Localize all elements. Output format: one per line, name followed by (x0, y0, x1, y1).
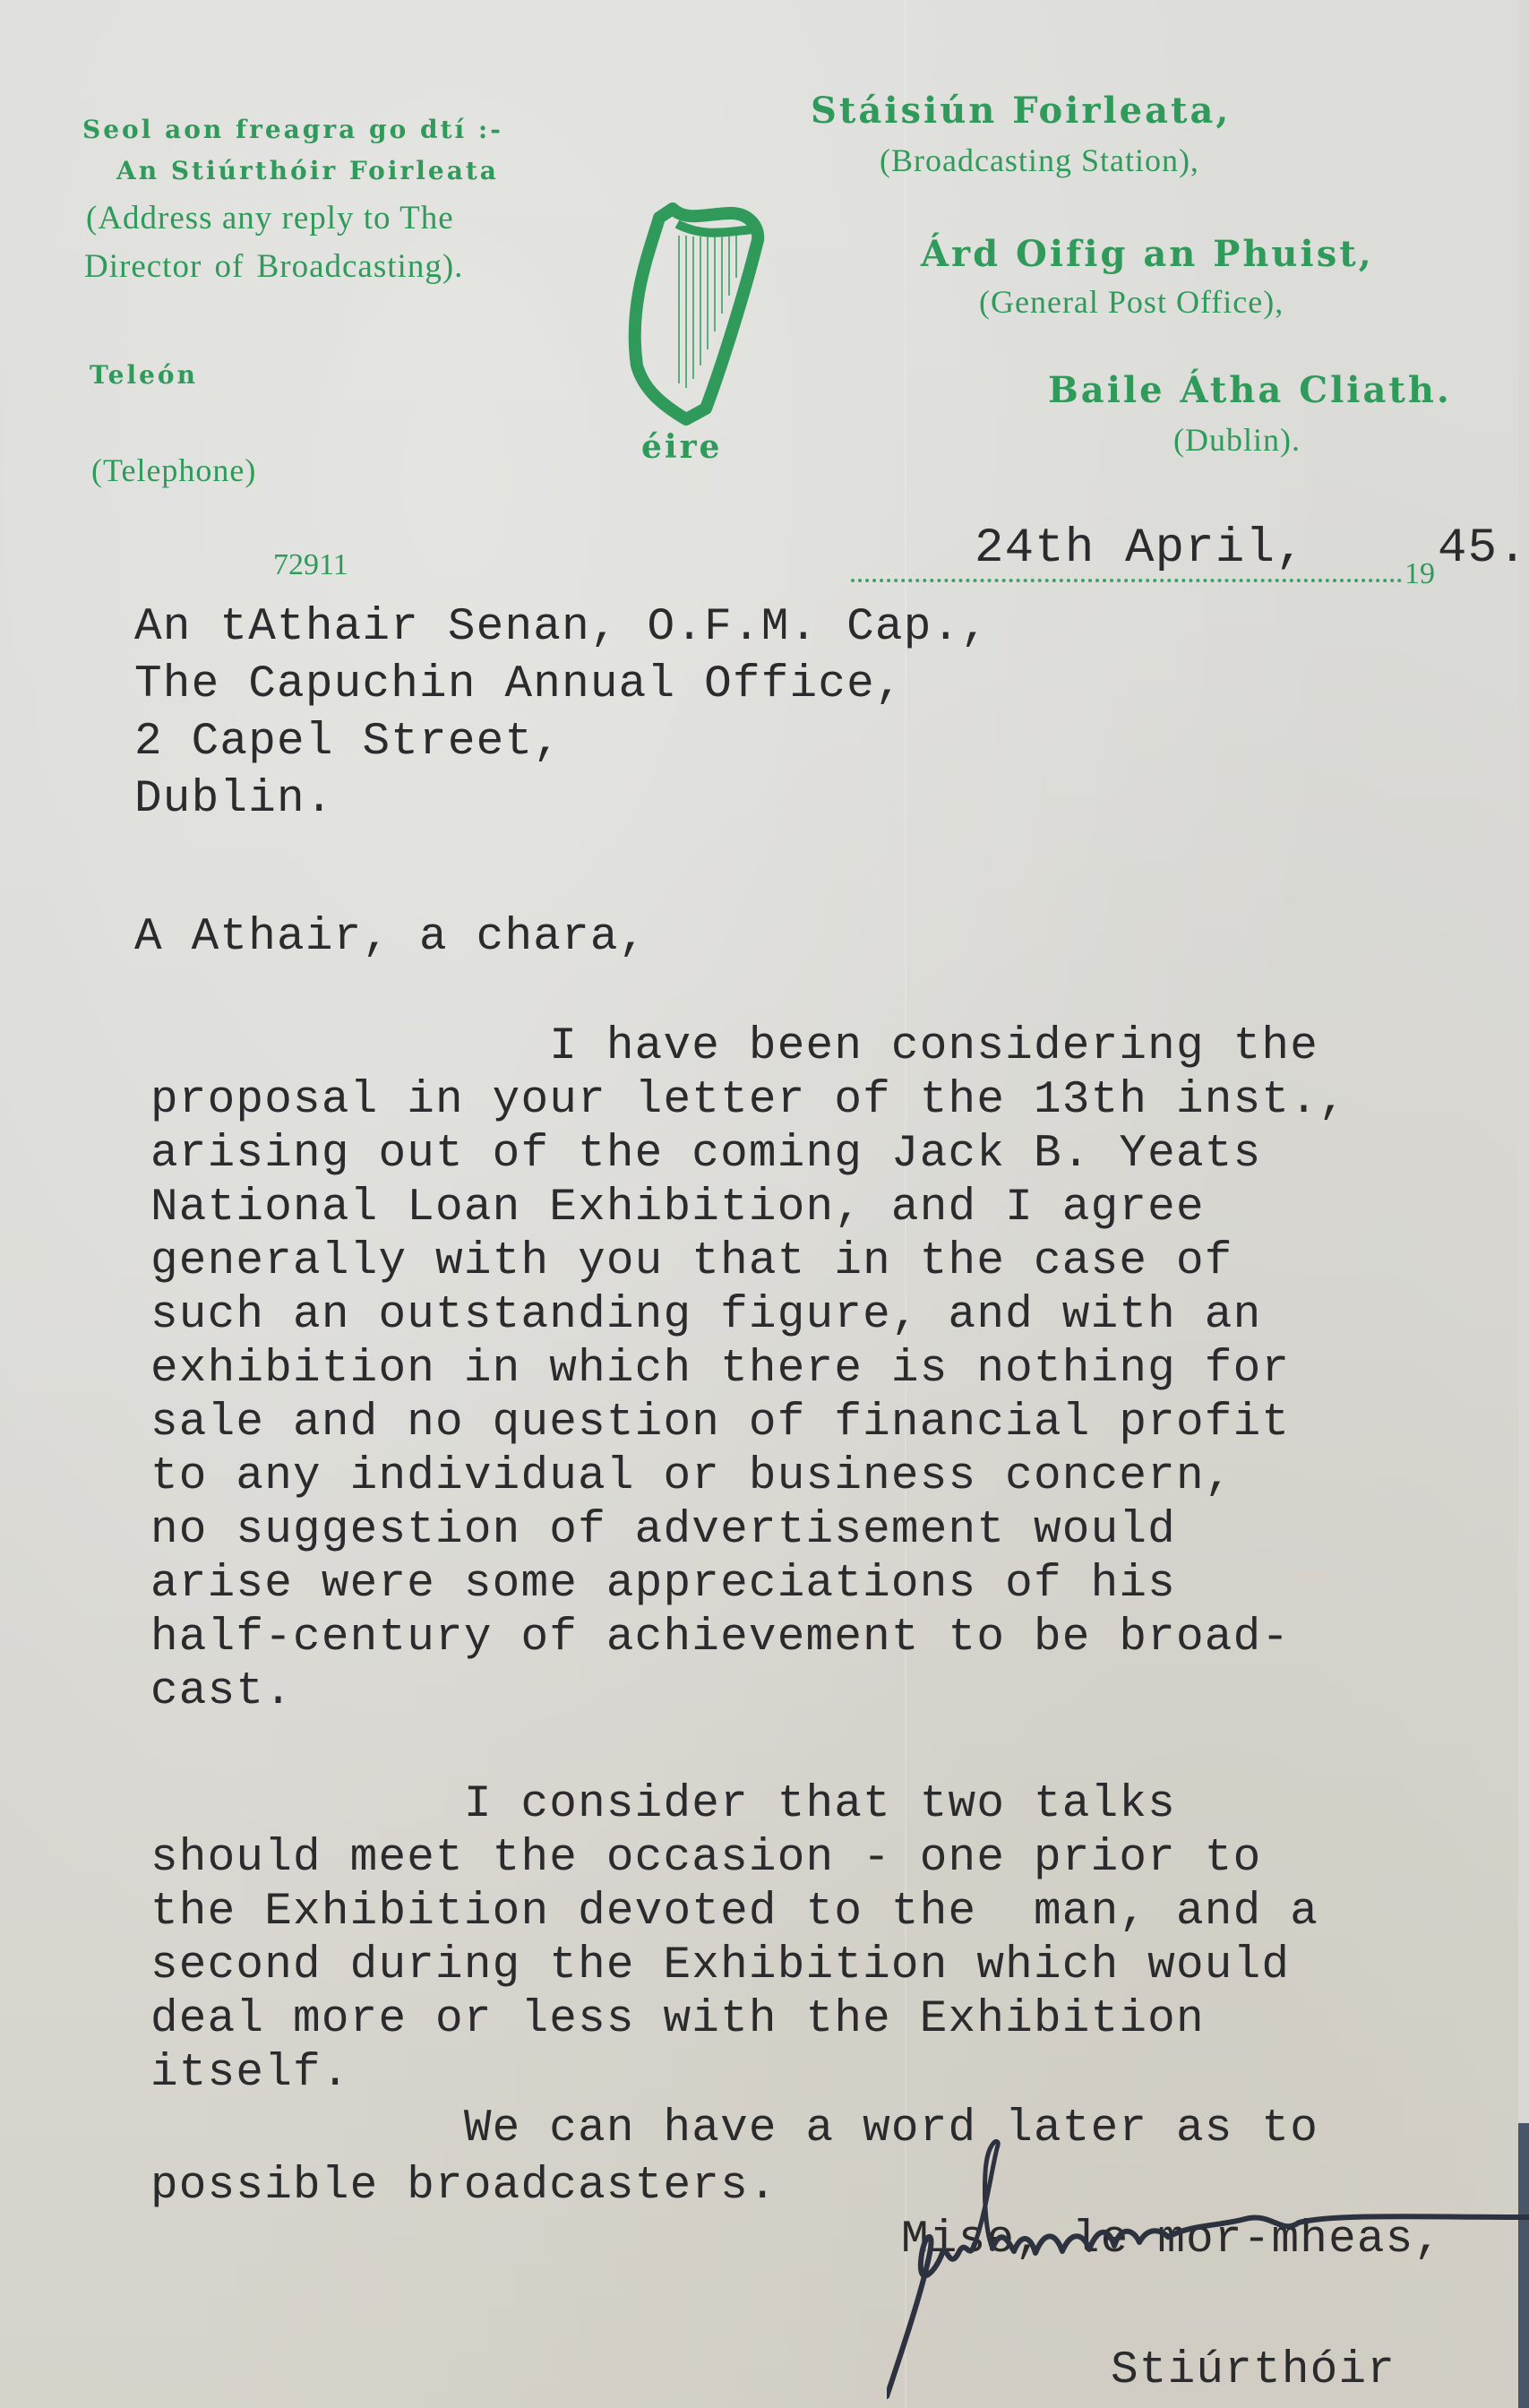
date-typed: 24th April, (975, 521, 1306, 576)
date-dotted-line (851, 575, 1402, 582)
eire-caption: éire (641, 428, 722, 466)
body-line: arising out of the coming Jack B. Yeats (150, 1129, 1261, 1180)
body-line: arise were some appreciations of his (150, 1559, 1176, 1610)
body-line: no suggestion of advertisement would (150, 1505, 1176, 1556)
reply-instruction-irish-1: Seol aon freagra go dtí :- (82, 115, 503, 144)
body-line: half-century of achievement to be broad- (150, 1612, 1290, 1664)
body-line: proposal in your letter of the 13th inst… (150, 1075, 1347, 1126)
reply-instruction-english-1: (Address any reply to The (86, 199, 454, 237)
city-name-irish: Baile Átha Cliath. (1048, 369, 1452, 411)
harp-icon (623, 195, 767, 430)
telephone-label-irish: Teleón (90, 360, 198, 390)
office-name-irish: Árd Oifig an Phuist, (921, 233, 1374, 275)
city-name-english: (Dublin). (1173, 421, 1301, 459)
recipient-line: An tAthair Senan, O.F.M. Cap., (134, 602, 989, 653)
body-line: itself. (150, 2048, 350, 2099)
body-line: should meet the occasion - one prior to (150, 1833, 1261, 1884)
reply-instruction-irish-2: An Stiúrthóir Foirleata (116, 156, 499, 185)
date-year-prefix: 19 (1404, 557, 1435, 591)
station-name-irish: Stáisiún Foirleata, (811, 90, 1231, 132)
salutation: A Athair, a chara, (134, 912, 648, 963)
body-line: I have been considering the (150, 1021, 1319, 1072)
body-line: possible broadcasters. (150, 2161, 777, 2212)
body-line: such an outstanding figure, and with an (150, 1290, 1261, 1341)
station-name-english: (Broadcasting Station), (880, 142, 1199, 179)
body-line: to any individual or business concern, (150, 1451, 1233, 1502)
body-line: second during the Exhibition which would (150, 1940, 1290, 1991)
recipient-line: 2 Capel Street, (134, 717, 562, 768)
reply-instruction-english-2: Director of Broadcasting). (84, 247, 463, 286)
body-line: generally with you that in the case of (150, 1236, 1233, 1287)
body-line: exhibition in which there is nothing for (150, 1344, 1290, 1395)
telephone-number: 72911 (273, 548, 348, 582)
signatory-title: Stiúrthóir (1111, 2345, 1396, 2396)
body-line: the Exhibition devoted to the man, and a (150, 1887, 1319, 1938)
office-name-english: (General Post Office), (979, 283, 1284, 321)
body-line: sale and no question of financial profit (150, 1397, 1290, 1449)
recipient-line: The Capuchin Annual Office, (134, 659, 904, 710)
telephone-label-english: (Telephone) (91, 451, 256, 489)
body-line: National Loan Exhibition, and I agree (150, 1182, 1205, 1234)
date-year-suffix: 45. (1438, 521, 1528, 576)
recipient-line: Dublin. (134, 774, 334, 825)
body-line: I consider that two talks (150, 1779, 1176, 1830)
body-line: deal more or less with the Exhibition (150, 1994, 1205, 2045)
body-line: cast. (150, 1666, 293, 1717)
